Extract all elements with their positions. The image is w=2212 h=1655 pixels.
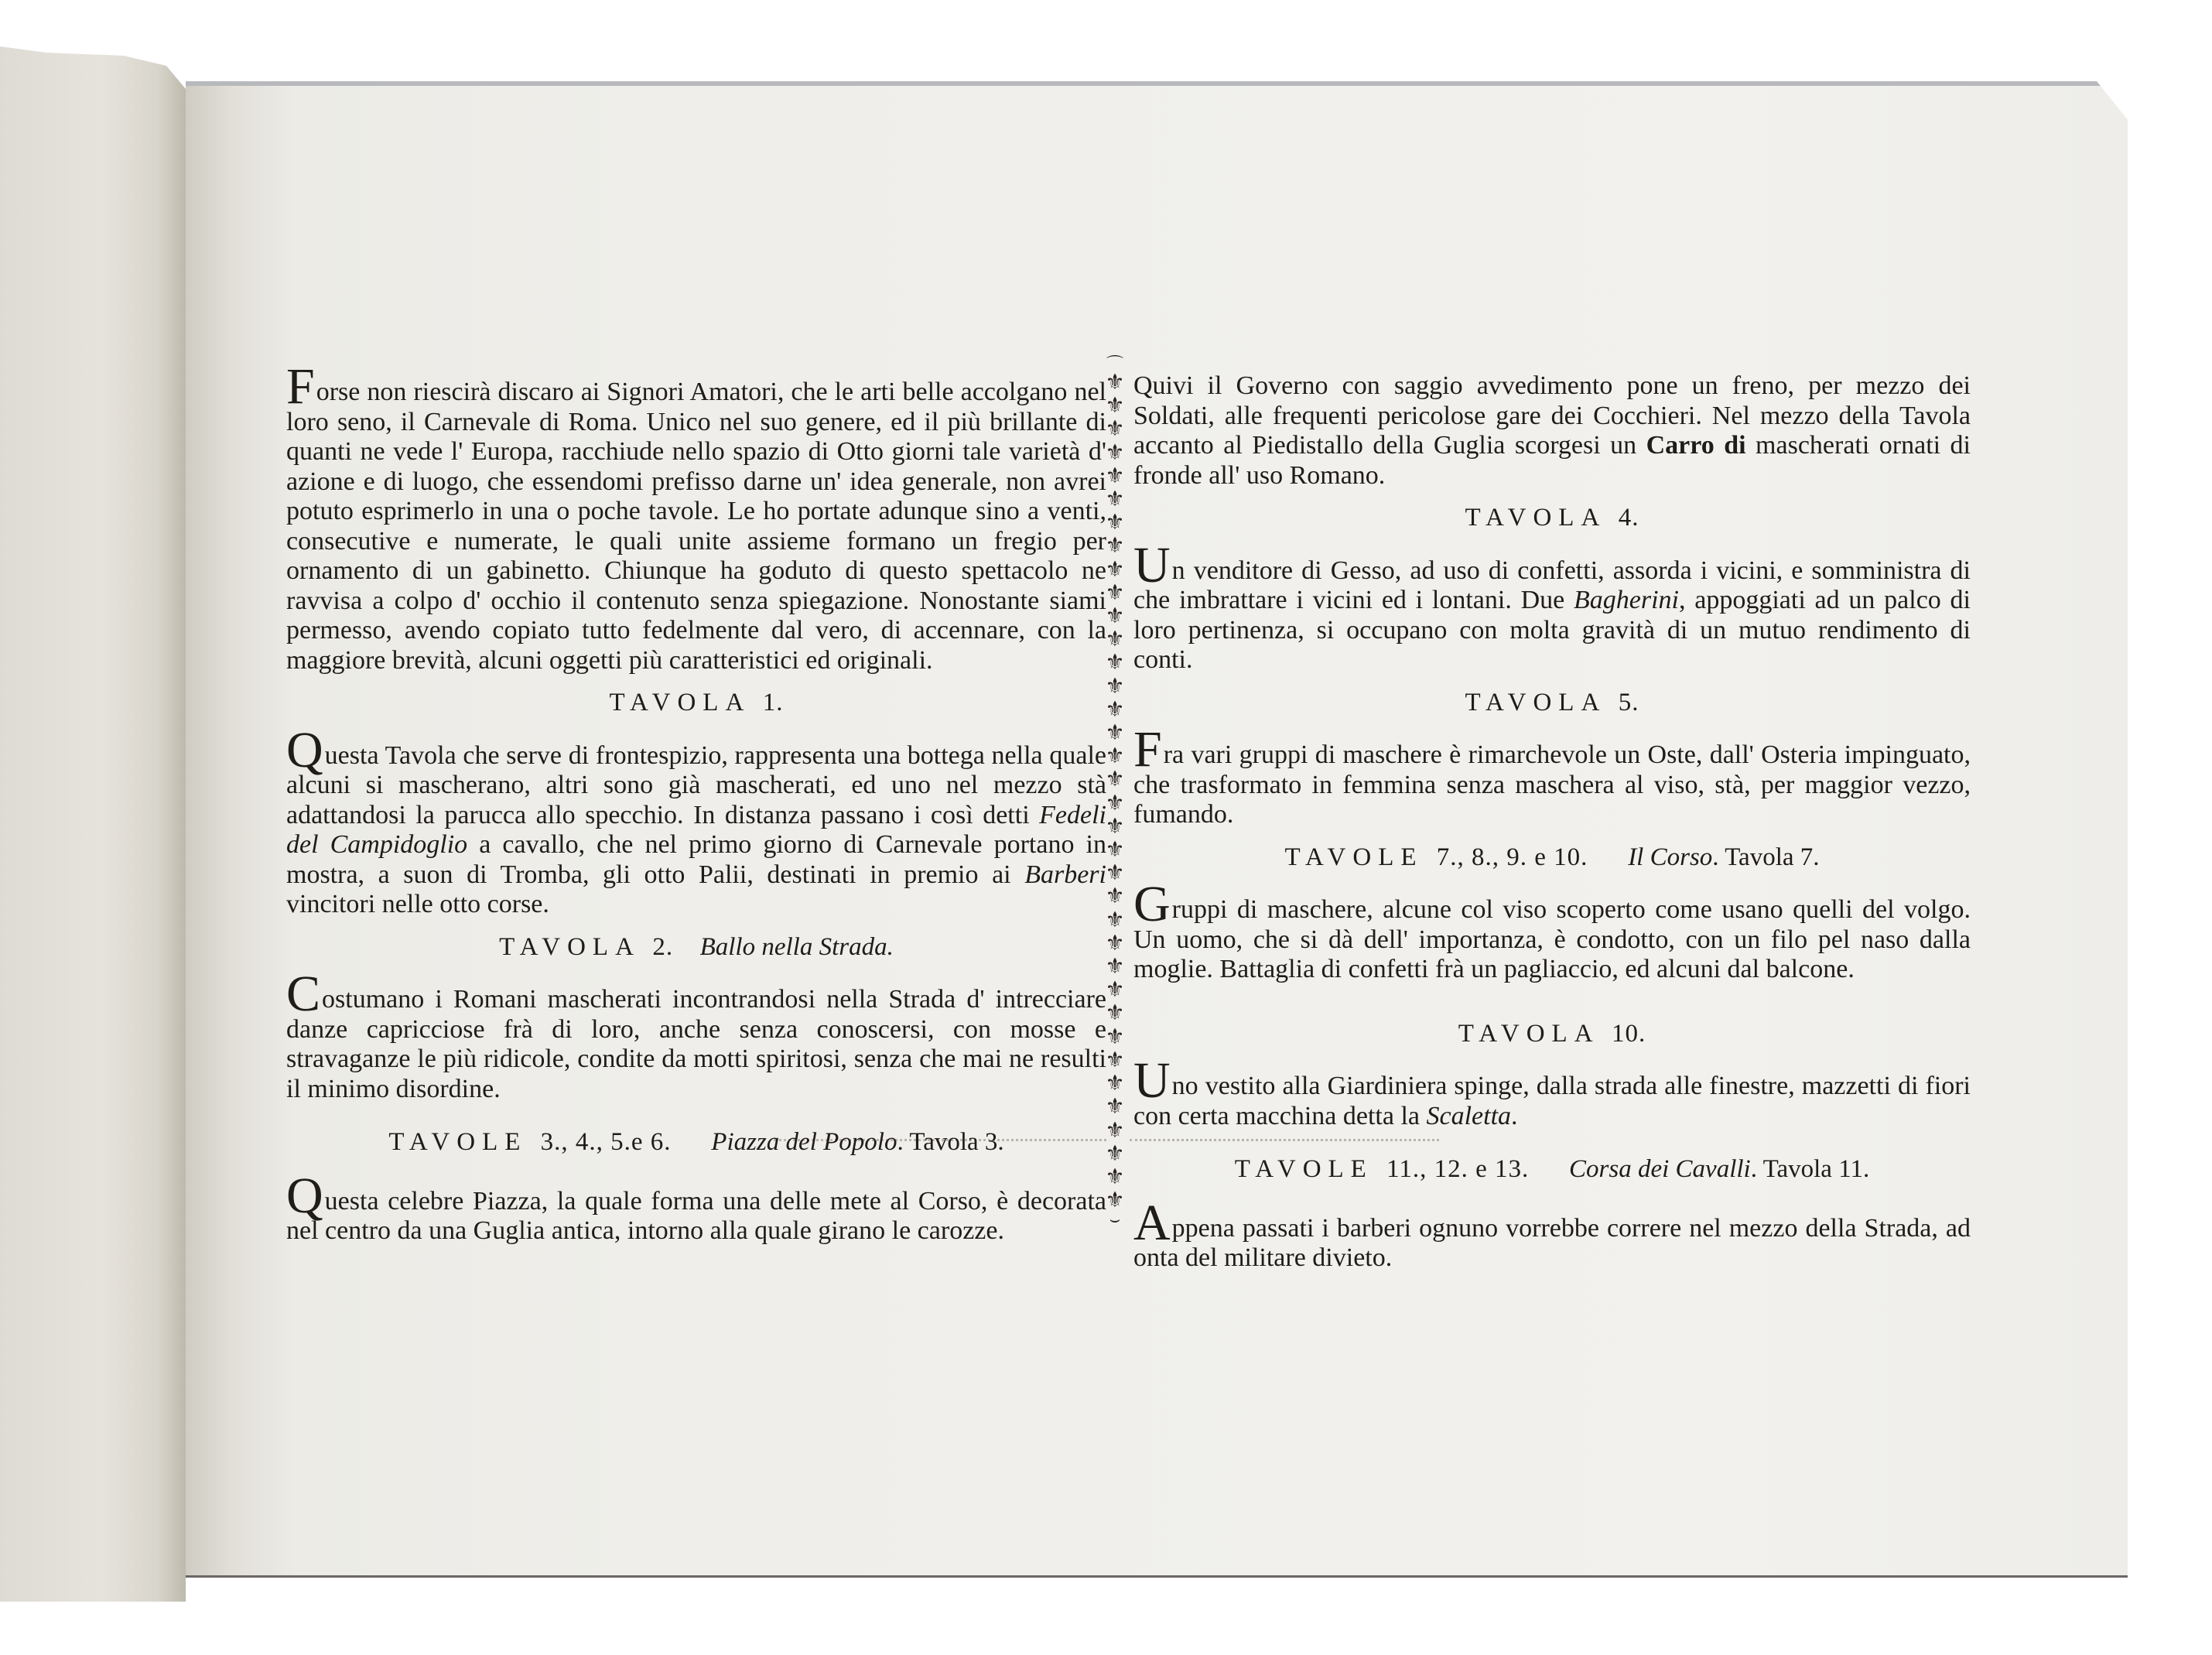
drop-cap: F	[1133, 721, 1162, 778]
fleuron-icon: ⚜	[1105, 465, 1124, 488]
fleuron-icon: ⚜	[1105, 1026, 1124, 1049]
fleuron-icon: ⚜	[1105, 1002, 1124, 1025]
fleuron-icon: ⚜	[1105, 956, 1124, 979]
fleuron-icon: ⚜	[1105, 1072, 1124, 1096]
paragraph-tavola-2: Costumano i Romani mascherati incontrand…	[286, 979, 1106, 1104]
fleuron-icon: ⚜	[1105, 768, 1124, 792]
paragraph-tavola-7: Gruppi di maschere, alcune col viso scop…	[1133, 889, 1971, 985]
fleuron-icon: ⚜	[1105, 909, 1124, 932]
paragraph-tavola-11: Appena passati i barberi ognuno vorrebbe…	[1133, 1208, 1971, 1274]
fleuron-column-divider: ⌒ ⚜⚜⚜⚜⚜⚜⚜⚜⚜⚜⚜⚜⚜⚜⚜⚜⚜⚜⚜⚜⚜⚜⚜⚜⚜⚜⚜⚜⚜⚜⚜⚜⚜⚜⚜⚜⌣	[1103, 357, 1127, 1226]
paragraph-tavola-3: Questa celebre Piazza, la quale forma un…	[286, 1181, 1106, 1246]
fleuron-icon: ⚜	[1105, 442, 1124, 465]
heading-tavola-5: TAVOLA 5.	[1133, 688, 1971, 718]
paragraph-tavola-5: Fra vari gruppi di maschere è rimarchevo…	[1133, 734, 1971, 830]
fleuron-icon: ⚜	[1105, 699, 1124, 722]
heading-tavola-2: TAVOLA 2. Ballo nella Strada.	[286, 932, 1106, 963]
paragraph-tavola-1: Questa Tavola che serve di frontespizio,…	[286, 735, 1106, 920]
fleuron-icon: ⚜	[1105, 885, 1124, 908]
paragraph-tavola-10: Uno vestito alla Giardiniera spinge, dal…	[1133, 1065, 1971, 1131]
fleuron-icon: ⚜	[1105, 371, 1124, 395]
heading-tavola-1: TAVOLA 1.	[286, 688, 1106, 718]
fleuron-icon: ⚜	[1105, 1166, 1124, 1189]
right-column: Quivi il Governo con saggio avvedimento …	[1133, 371, 1971, 1274]
paragraph-tavola-3-cont: Quivi il Governo con saggio avvedimento …	[1133, 371, 1971, 491]
heading-tavole-11-13: TAVOLE 11., 12. e 13. Corsa dei Cavalli.…	[1133, 1154, 1971, 1185]
heading-tavola-4: TAVOLA 4.	[1133, 503, 1971, 533]
fleuron-icon: ⚜	[1105, 488, 1124, 511]
fleuron-icon: ⚜	[1105, 839, 1124, 862]
heading-tavole-3-6: TAVOLE 3., 4., 5.e 6. Piazza del Popolo.…	[286, 1127, 1106, 1157]
intro-paragraph: Forse non riescirà discaro ai Signori Am…	[286, 371, 1106, 675]
heading-tavole-7-10: TAVOLE 7., 8., 9. e 10. Il Corso. Tavola…	[1133, 843, 1971, 873]
fleuron-icon: ⚜	[1105, 675, 1124, 699]
fleuron-icon: ⚜	[1105, 745, 1124, 768]
drop-cap: U	[1133, 1052, 1171, 1109]
fleuron-icon: ⚜	[1105, 651, 1124, 675]
fleuron-icon: ⚜	[1105, 722, 1124, 745]
drop-cap: F	[286, 358, 315, 415]
divider-cap-top: ⌒	[1106, 357, 1123, 371]
drop-cap: Q	[286, 722, 323, 778]
fleuron-icon: ⚜	[1105, 1120, 1124, 1143]
fleuron-icon: ⚜	[1105, 418, 1124, 441]
left-column: Forse non riescirà discaro ai Signori Am…	[286, 371, 1106, 1246]
fleuron-icon: ⚜	[1105, 932, 1124, 956]
fleuron-icon: ⚜	[1105, 1049, 1124, 1072]
fleuron-icon: ⚜	[1105, 979, 1124, 1002]
drop-cap: Q	[286, 1168, 323, 1224]
fleuron-icon: ⚜	[1105, 862, 1124, 885]
fleuron-icon: ⚜	[1105, 816, 1124, 839]
heading-tavola-10: TAVOLA 10.	[1133, 1019, 1971, 1049]
fleuron-icon: ⚜	[1105, 628, 1124, 651]
drop-cap: A	[1133, 1195, 1171, 1251]
fleuron-icon: ⚜	[1105, 1096, 1124, 1119]
paragraph-tavola-4: Un venditore di Gesso, ad uso di confett…	[1133, 550, 1971, 675]
drop-cap: C	[286, 966, 320, 1022]
fleuron-icon: ⚜	[1105, 511, 1124, 535]
divider-cap-bottom: ⌣	[1109, 1212, 1120, 1226]
drop-cap: G	[1133, 876, 1171, 932]
fleuron-icon: ⚜	[1105, 1143, 1124, 1166]
fleuron-icon: ⚜	[1105, 792, 1124, 816]
fleuron-icon: ⚜	[1105, 535, 1124, 558]
left-page-flap	[0, 46, 186, 1602]
fleuron-icon: ⚜	[1105, 582, 1124, 605]
drop-cap: U	[1133, 537, 1171, 593]
fleuron-icon: ⚜	[1105, 559, 1124, 582]
fleuron-icon: ⚜	[1105, 605, 1124, 628]
fleuron-icon: ⚜	[1105, 395, 1124, 418]
